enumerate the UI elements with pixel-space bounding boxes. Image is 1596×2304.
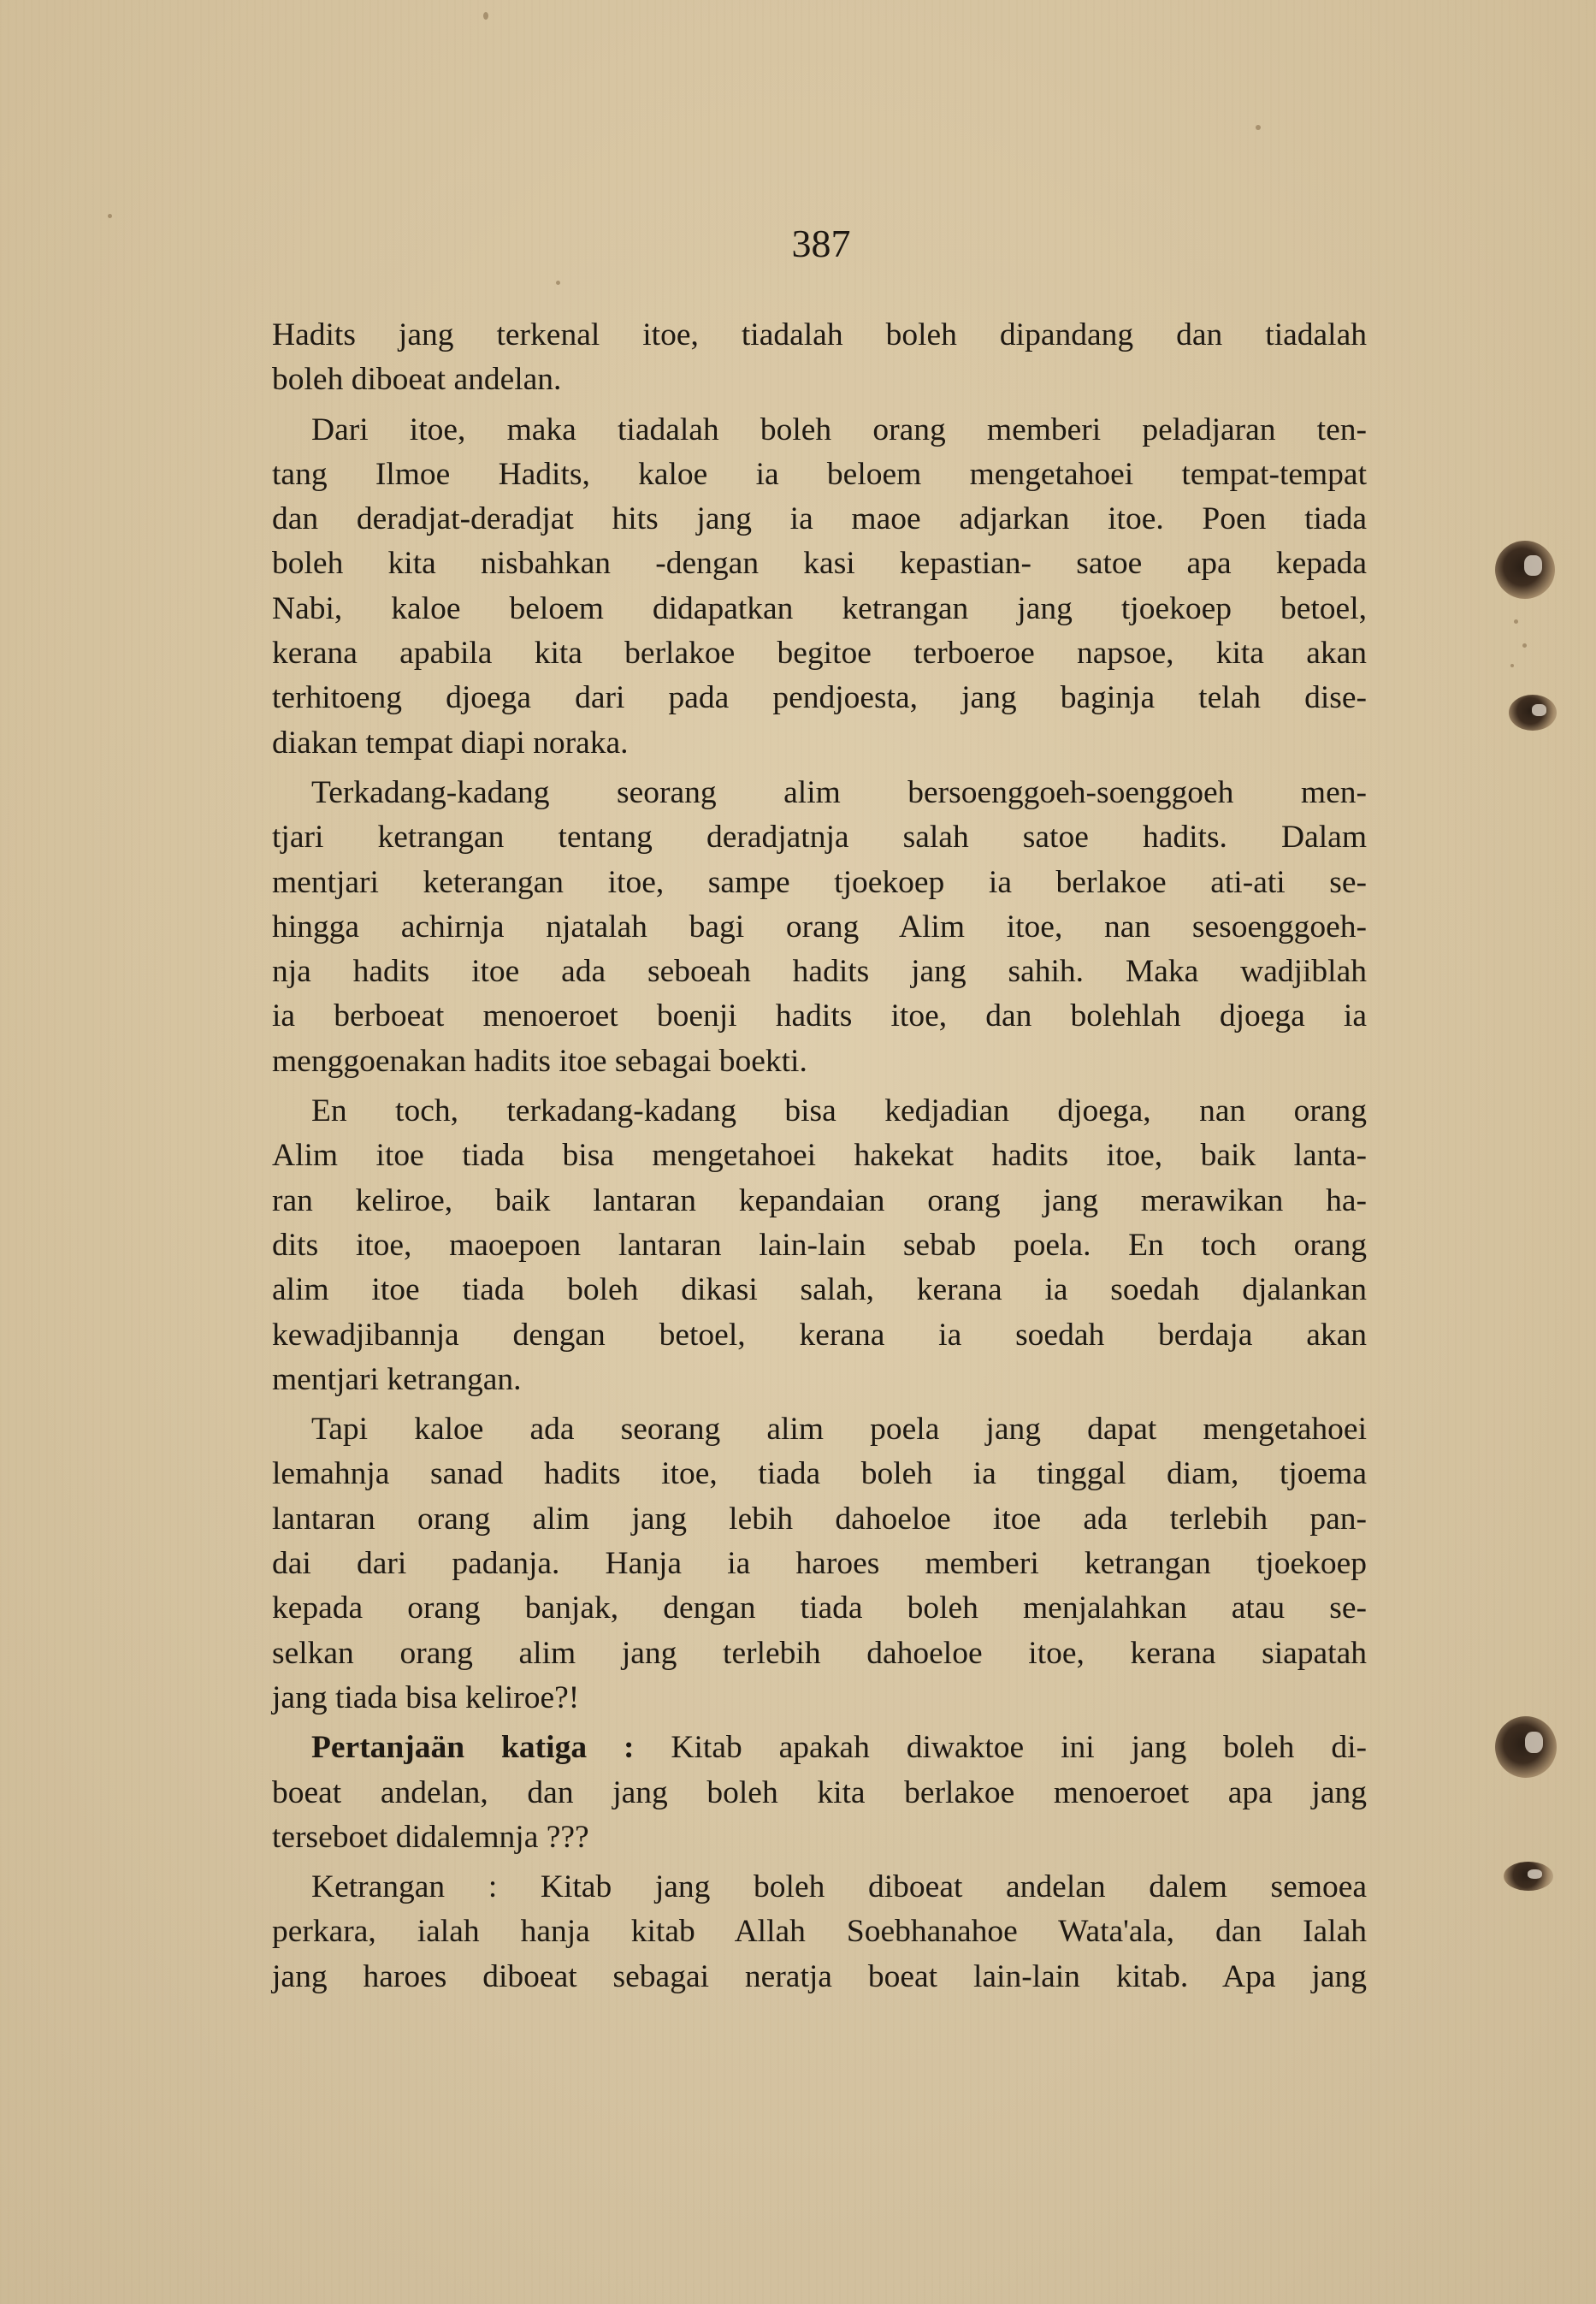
text-line: mentjari ketrangan.: [272, 1358, 1367, 1402]
paper-speck: [556, 281, 560, 285]
text-line: Alim itoe tiada bisa mengetahoei hakekat…: [272, 1134, 1367, 1178]
text-line: diakan tempat diapi noraka.: [272, 721, 1367, 766]
paper-speck: [483, 12, 488, 20]
paragraph-5: Tapi kaloe ada seorang alim poela jang d…: [272, 1407, 1367, 1721]
text-line: selkan orang alim jang terlebih dahoeloe…: [272, 1632, 1367, 1676]
paper-speck: [108, 214, 112, 218]
text-line: En toch, terkadang-kadang bisa kedjadian…: [272, 1089, 1367, 1134]
page-number: 387: [0, 221, 1596, 266]
text-line: dai dari padanja. Hanja ia haroes member…: [272, 1542, 1367, 1586]
text-line: lantaran orang alim jang lebih dahoeloe …: [272, 1497, 1367, 1542]
text-line: alim itoe tiada boleh dikasi salah, kera…: [272, 1268, 1367, 1312]
text-line: dits itoe, maoepoen lantaran lain-lain s…: [272, 1223, 1367, 1268]
paragraph-7-answer: Ketrangan : Kitab jang boleh diboeat and…: [272, 1865, 1367, 1999]
paragraph-4: En toch, terkadang-kadang bisa kedjadian…: [272, 1089, 1367, 1402]
text-line: mentjari keterangan itoe, sampe tjoekoep…: [272, 861, 1367, 905]
paragraph-3: Terkadang-kadang seorang alim bersoenggo…: [272, 771, 1367, 1084]
text-line: terseboet didalemnja ???: [272, 1815, 1367, 1860]
text-line: tang Ilmoe Hadits, kaloe ia beloem menge…: [272, 453, 1367, 497]
text-line: Terkadang-kadang seorang alim bersoenggo…: [272, 771, 1367, 815]
text-line: Hadits jang terkenal itoe, tiadalah bole…: [272, 313, 1367, 358]
text-line: jang tiada bisa keliroe?!: [272, 1676, 1367, 1721]
paper-speck: [1256, 125, 1261, 130]
text-line: tjari ketrangan tentang deradjatnja sala…: [272, 815, 1367, 860]
paper-speck: [1514, 619, 1518, 624]
text-line: terhitoeng djoega dari pada pendjoesta, …: [272, 676, 1367, 720]
text-line: hingga achirnja njatalah bagi orang Alim…: [272, 905, 1367, 950]
text-line: boleh kita nisbahkan -dengan kasi kepast…: [272, 542, 1367, 586]
text-line: nja hadits itoe ada seboeah hadits jang …: [272, 950, 1367, 994]
text-line: menggoenakan hadits itoe sebagai boekti.: [272, 1039, 1367, 1084]
paragraph-1: Hadits jang terkenal itoe, tiadalah bole…: [272, 313, 1367, 403]
scanned-page: 387 Hadits jang terkenal itoe, tiadalah …: [0, 0, 1596, 2304]
text-line: kerana apabila kita berlakoe begitoe ter…: [272, 631, 1367, 676]
question-heading: Pertanjaän katiga :: [311, 1730, 634, 1765]
text-line: Tapi kaloe ada seorang alim poela jang d…: [272, 1407, 1367, 1452]
paper-hole-blemish: [1495, 541, 1555, 599]
text-line: Nabi, kaloe beloem didapatkan ketrangan …: [272, 587, 1367, 631]
text-line: boleh diboeat andelan.: [272, 358, 1367, 402]
text-line: Pertanjaän katiga : Kitab apakah diwakto…: [272, 1726, 1367, 1770]
paper-speck: [1510, 664, 1514, 667]
text-line: kepada orang banjak, dengan tiada boleh …: [272, 1586, 1367, 1631]
text-line: dan deradjat-deradjat hits jang ia maoe …: [272, 497, 1367, 542]
text-line: lemahnja sanad hadits itoe, tiada boleh …: [272, 1452, 1367, 1496]
paragraph-2: Dari itoe, maka tiadalah boleh orang mem…: [272, 408, 1367, 766]
text-line: ran keliroe, baik lantaran kepandaian or…: [272, 1179, 1367, 1223]
text-line: kewadjibannja dengan betoel, kerana ia s…: [272, 1313, 1367, 1358]
text-line: ia berboeat menoeroet boenji hadits itoe…: [272, 994, 1367, 1039]
text-line: Dari itoe, maka tiadalah boleh orang mem…: [272, 408, 1367, 453]
paper-speck: [1522, 643, 1527, 648]
body-text: Hadits jang terkenal itoe, tiadalah bole…: [272, 313, 1367, 1999]
paragraph-6-question: Pertanjaän katiga : Kitab apakah diwakto…: [272, 1726, 1367, 1860]
paper-hole-blemish: [1504, 1862, 1553, 1891]
paper-hole-blemish: [1509, 695, 1557, 731]
text-line: perkara, ialah hanja kitab Allah Soebhan…: [272, 1910, 1367, 1954]
text-line: boeat andelan, dan jang boleh kita berla…: [272, 1771, 1367, 1815]
question-text: Kitab apakah diwaktoe ini jang boleh di-: [634, 1730, 1367, 1765]
paper-hole-blemish: [1495, 1716, 1557, 1778]
text-line: jang haroes diboeat sebagai neratja boea…: [272, 1955, 1367, 1999]
text-line: Ketrangan : Kitab jang boleh diboeat and…: [272, 1865, 1367, 1910]
